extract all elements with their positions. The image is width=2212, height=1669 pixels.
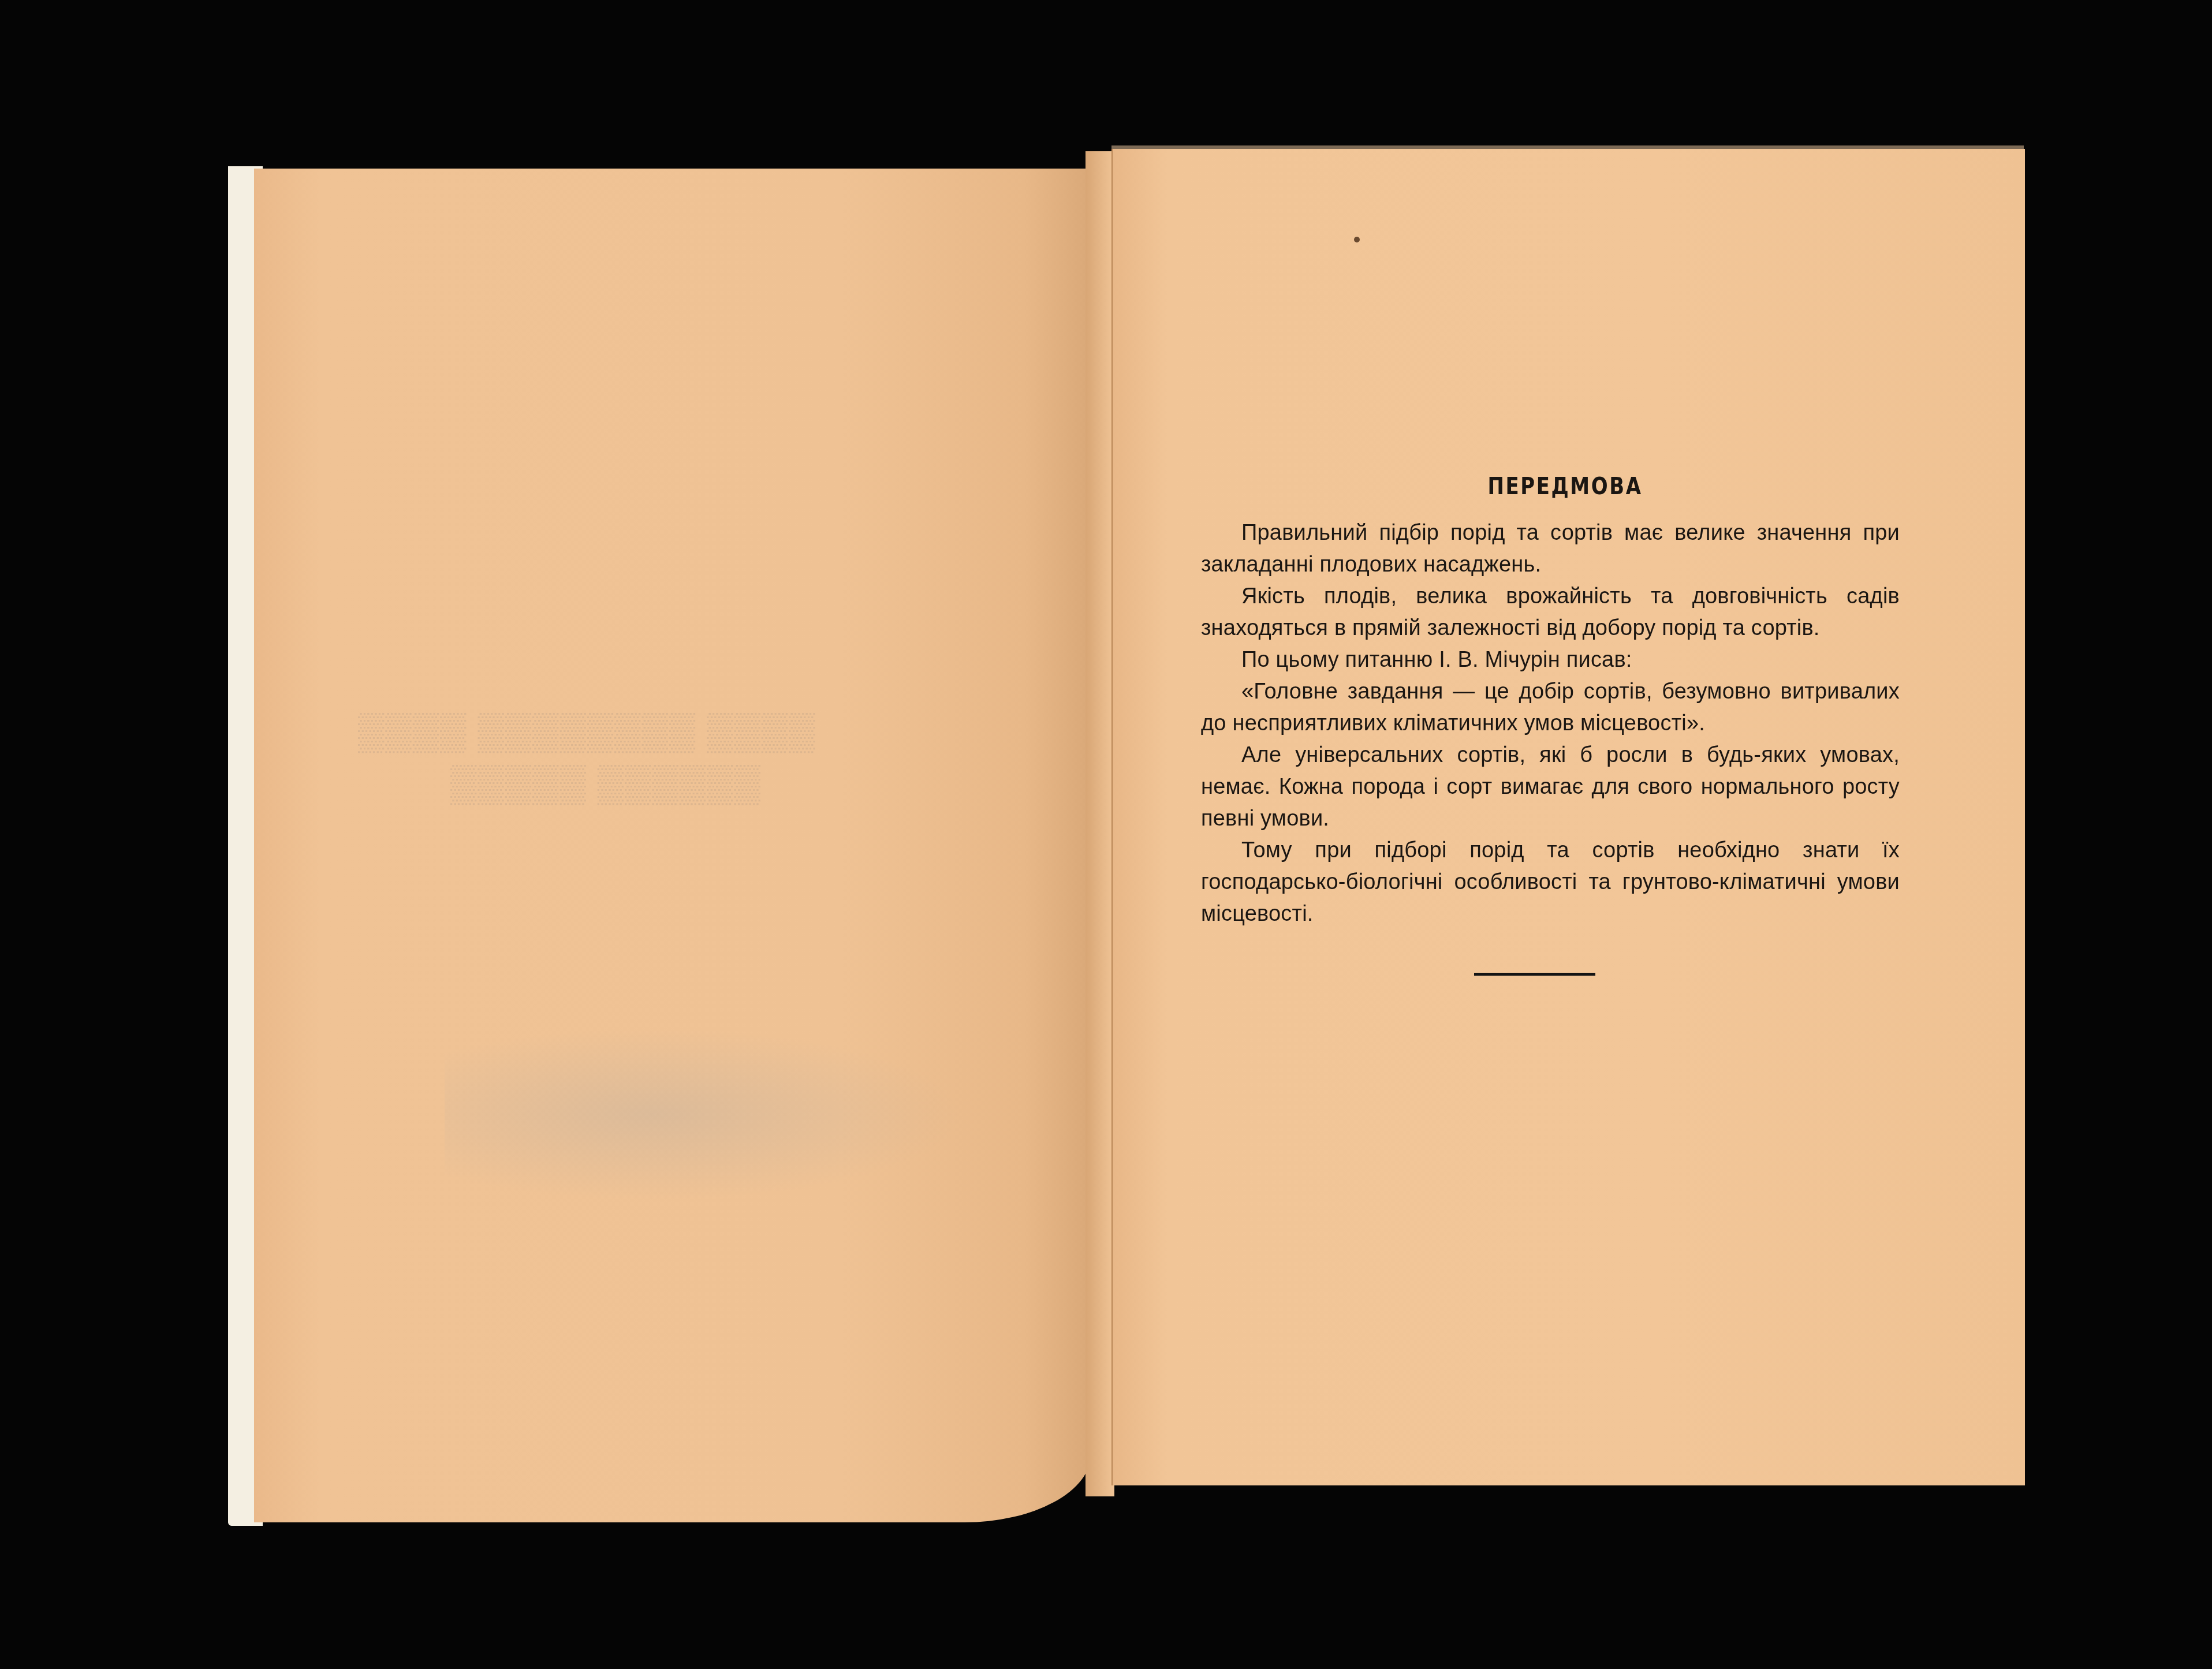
show-through-text: ▒▒▒▒▒ ▒▒▒▒▒▒ (450, 762, 762, 805)
foreword-section: ПЕРЕДМОВА Правильний підбір порід та сор… (1201, 473, 1900, 930)
show-through-text: ▒▒▒▒ ▒▒▒▒▒▒▒▒ ▒▒▒▒ (358, 710, 816, 753)
spine (1086, 151, 1114, 1496)
quote-paragraph: «Головне завдання — це добір сортів, без… (1201, 676, 1900, 740)
paper-speck (1354, 237, 1360, 242)
left-page (254, 169, 1091, 1522)
paragraph: Тому при підборі порід та сортів необхід… (1201, 835, 1900, 930)
section-divider (1474, 973, 1595, 976)
paragraph: По цьому питанню І. В. Мічурін писав: (1201, 644, 1900, 676)
paragraph: Якість плодів, велика врожайність та дов… (1201, 581, 1900, 644)
paragraph: Але універсальних сортів, які б росли в … (1201, 740, 1900, 835)
pencil-mark-stain (445, 1028, 964, 1201)
paragraph: Правильний підбір порід та сортів має ве… (1201, 517, 1900, 581)
page-title: ПЕРЕДМОВА (1254, 473, 1848, 500)
